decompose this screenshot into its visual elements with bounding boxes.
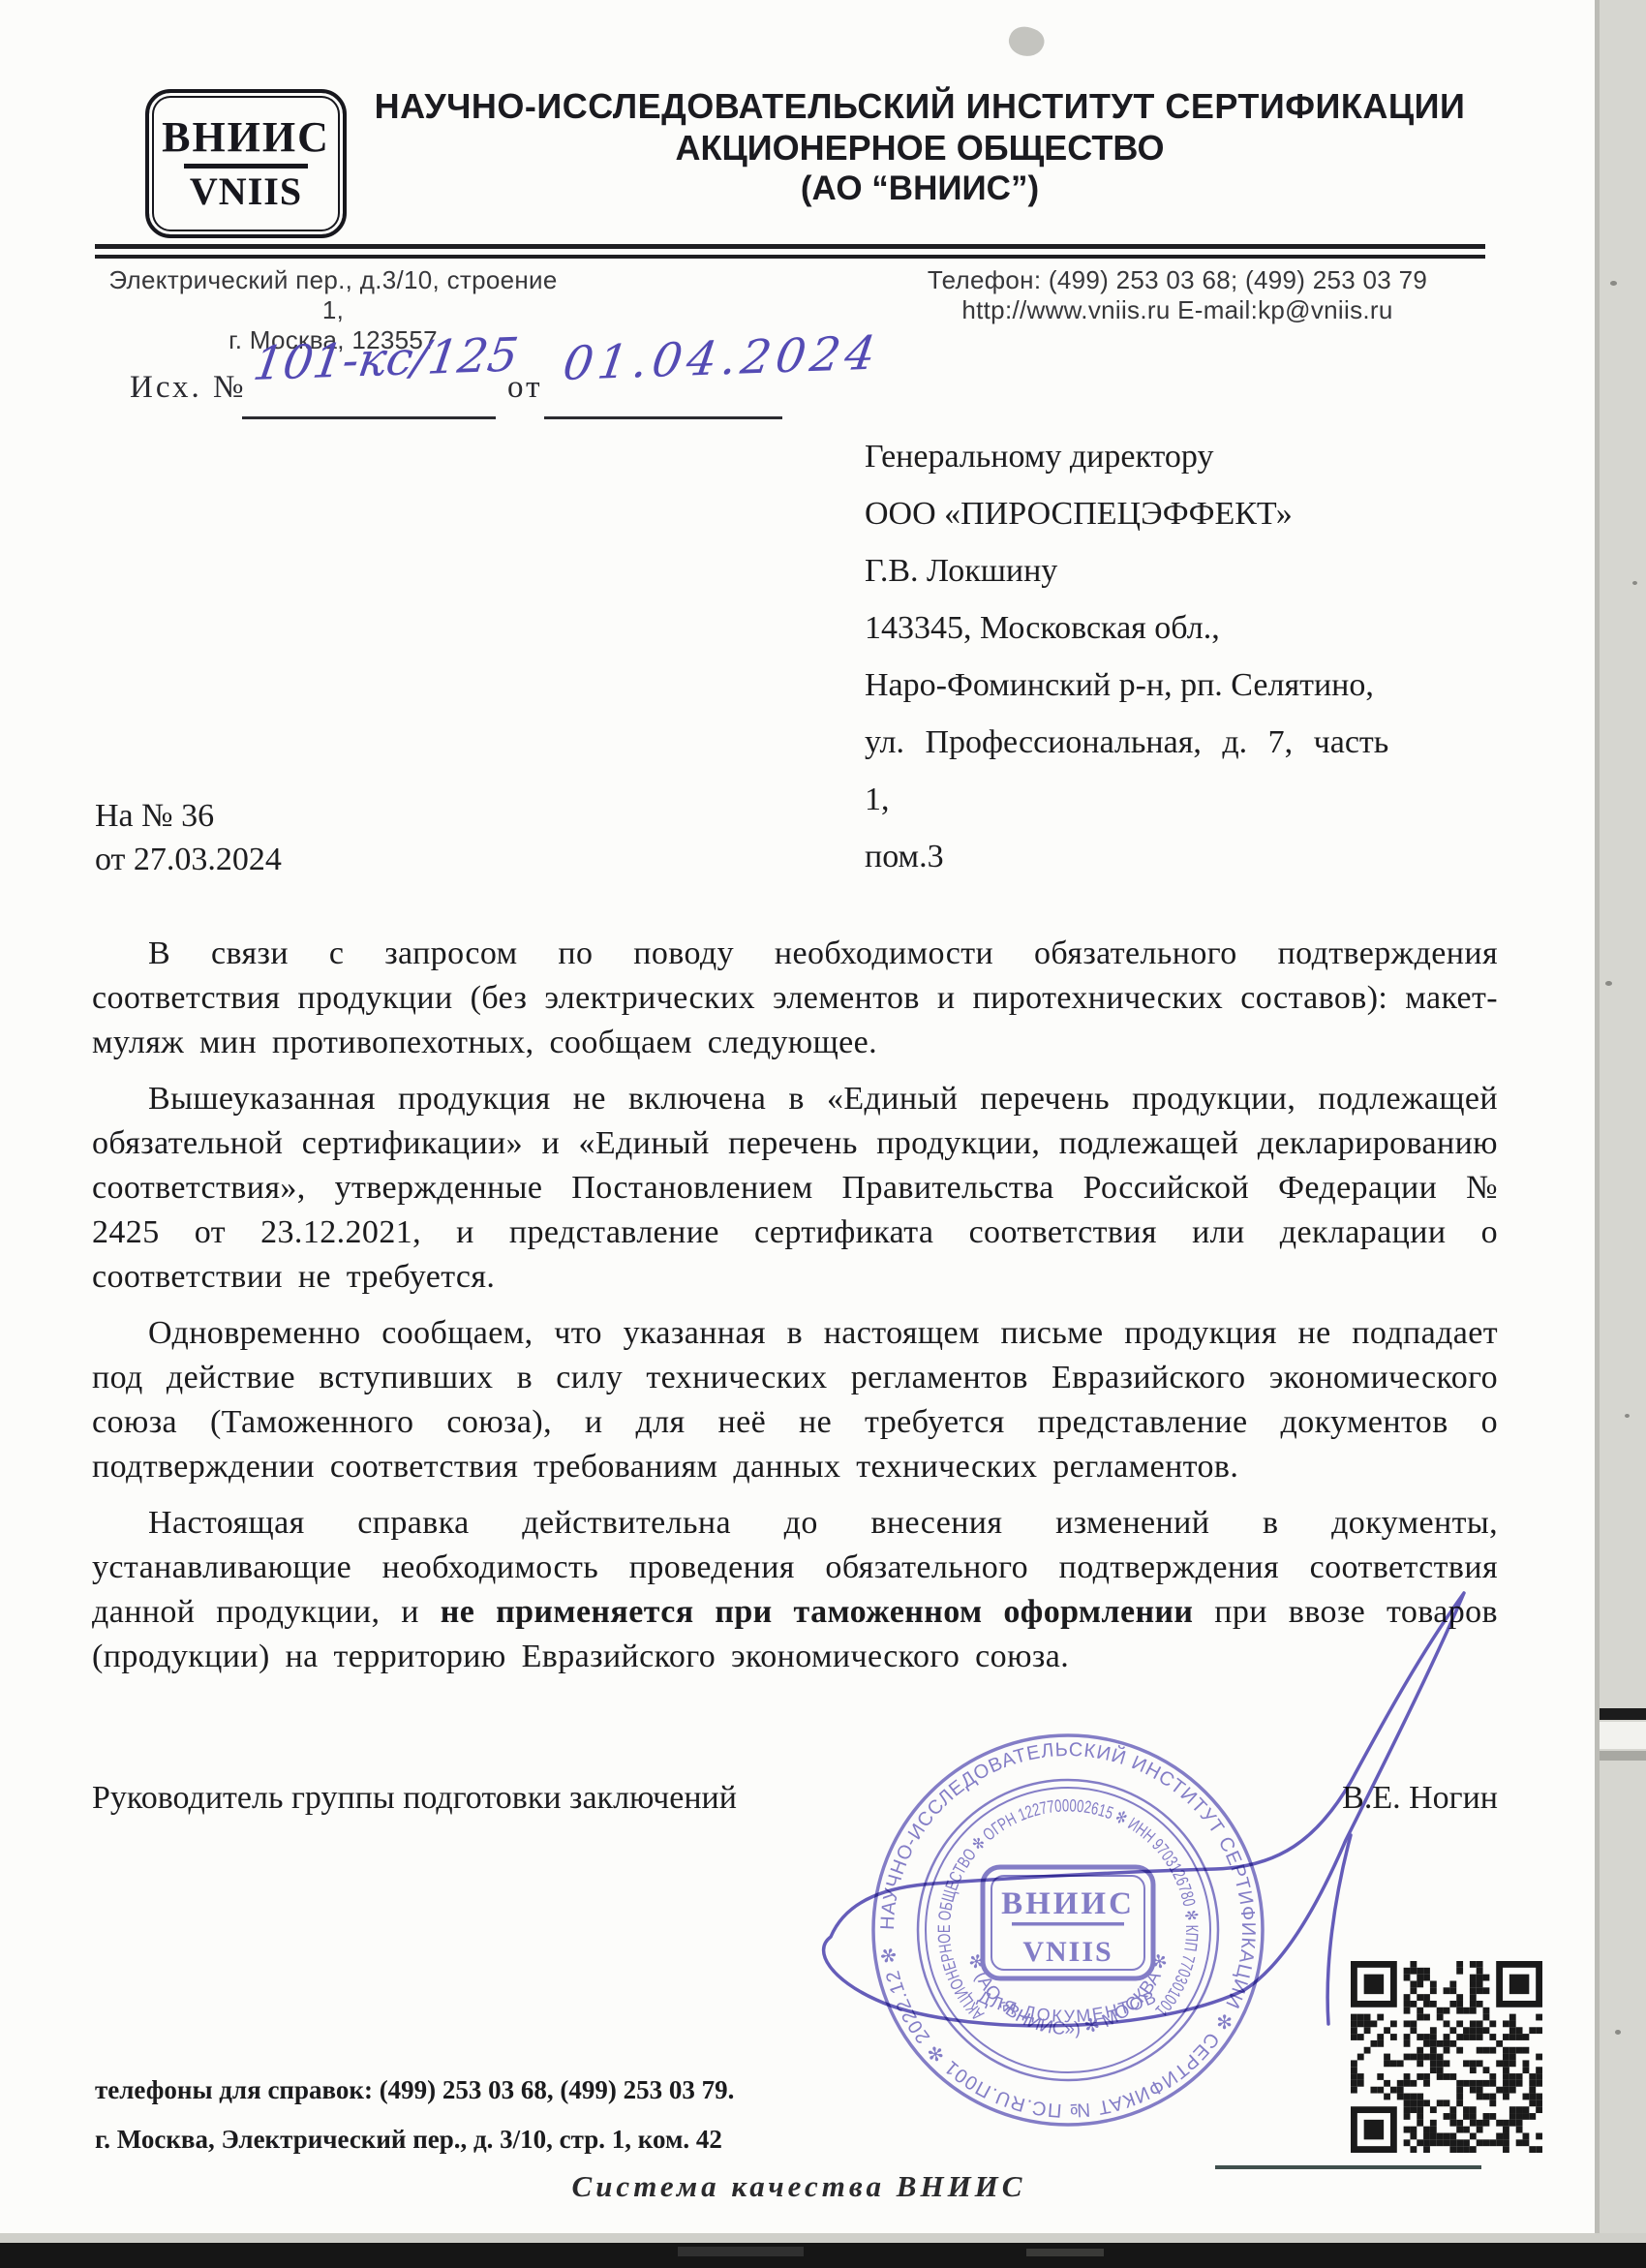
- outgoing-date-underline: [544, 416, 782, 419]
- scan-artifact-dark-dash: [1600, 1708, 1646, 1720]
- footer-contacts-block: телефоны для справок: (499) 253 03 68, (…: [95, 2066, 734, 2164]
- sender-phone-line: Телефон: (499) 253 03 68; (499) 253 03 7…: [920, 265, 1435, 295]
- recipient-line: Генеральному директору: [865, 428, 1421, 485]
- outgoing-date-handwritten: 01.04.2024: [560, 326, 884, 391]
- org-title-line3: (АО “ВНИИС”): [349, 169, 1491, 209]
- recipient-line: 143345, Московская обл.,: [865, 599, 1421, 657]
- sender-contact-block: Телефон: (499) 253 03 68; (499) 253 03 7…: [920, 265, 1435, 325]
- recipient-line: ООО «ПИРОСПЕЦЭФФЕКТ»: [865, 485, 1421, 542]
- outgoing-number-underline: [242, 416, 496, 419]
- scan-speck: [1610, 281, 1617, 286]
- scanned-letter-page: ВНИИС VNIIS НАУЧНО-ИССЛЕДОВАТЕЛЬСКИЙ ИНС…: [0, 0, 1646, 2268]
- body-paragraph-1: В связи с запросом по поводу необходимос…: [92, 932, 1498, 1065]
- reference-date: от 27.03.2024: [95, 838, 282, 881]
- org-title-line2: АКЦИОНЕРНОЕ ОБЩЕСТВО: [349, 128, 1491, 169]
- recipient-line: Наро-Фоминский р-н, рп. Селятино,: [865, 657, 1421, 714]
- body-paragraph-3: Одновременно сообщаем, что указанная в н…: [92, 1311, 1498, 1489]
- recipient-block: Генеральному директору ООО «ПИРОСПЕЦЭФФЕ…: [865, 428, 1421, 885]
- header-rule-bottom: [95, 255, 1485, 259]
- reference-number: На № 36: [95, 794, 282, 838]
- outgoing-number-label: Исх. №: [130, 370, 247, 406]
- sender-web-email-line: http://www.vniis.ru E-mail:kp@vniis.ru: [920, 295, 1435, 325]
- reference-block: На № 36 от 27.03.2024: [95, 794, 282, 881]
- scan-artifact-white-gap: [1600, 1722, 1646, 1749]
- scan-bottom-gray-line: [0, 2233, 1646, 2243]
- footer-phones-line: телефоны для справок: (499) 253 03 68, (…: [95, 2066, 734, 2115]
- logo-divider: [184, 164, 308, 169]
- scan-bottom-band-segment: [1026, 2249, 1104, 2256]
- scan-bottom-band-segment: [678, 2247, 804, 2256]
- recipient-line: Г.В. Локшину: [865, 542, 1421, 599]
- sender-address-line1: Электрический пер., д.3/10, строение 1,: [95, 265, 571, 325]
- scan-speck: [1632, 581, 1637, 585]
- scan-speck: [1625, 1414, 1630, 1418]
- logo-text-ru: ВНИИС: [162, 115, 330, 160]
- scan-artifact-gray-dash: [1600, 1751, 1646, 1761]
- footer-address-line: г. Москва, Электрический пер., д. 3/10, …: [95, 2115, 734, 2164]
- scan-bottom-black-band: [0, 2243, 1646, 2268]
- header-rule-top: [95, 244, 1485, 249]
- signer-position-title: Руководитель группы подготовки заключени…: [92, 1780, 737, 1817]
- signature-tail-stroke: [1327, 1835, 1351, 2024]
- organization-title: НАУЧНО-ИССЛЕДОВАТЕЛЬСКИЙ ИНСТИТУТ СЕРТИФ…: [349, 85, 1491, 209]
- scanner-background-band: [1600, 0, 1646, 2268]
- outgoing-from-label: от: [507, 370, 543, 406]
- scan-smudge: [1005, 22, 1048, 62]
- outgoing-number-handwritten: 101-кс/125: [250, 328, 522, 391]
- recipient-line: ул. Профессиональная, д. 7, часть 1,: [865, 714, 1421, 828]
- body-paragraph-2: Вышеуказанная продукция не включена в «Е…: [92, 1077, 1498, 1300]
- recipient-line: пом.3: [865, 828, 1421, 885]
- org-title-line1: НАУЧНО-ИССЛЕДОВАТЕЛЬСКИЙ ИНСТИТУТ СЕРТИФ…: [349, 85, 1491, 128]
- qr-code: [1351, 1961, 1542, 2153]
- scan-speck: [1615, 2030, 1621, 2035]
- scan-speck: [1605, 981, 1612, 986]
- logo-text-en: VNIIS: [190, 171, 302, 212]
- quality-system-line: Система качества ВНИИС: [0, 2169, 1598, 2204]
- vniis-logo: ВНИИС VNIIS: [145, 89, 347, 238]
